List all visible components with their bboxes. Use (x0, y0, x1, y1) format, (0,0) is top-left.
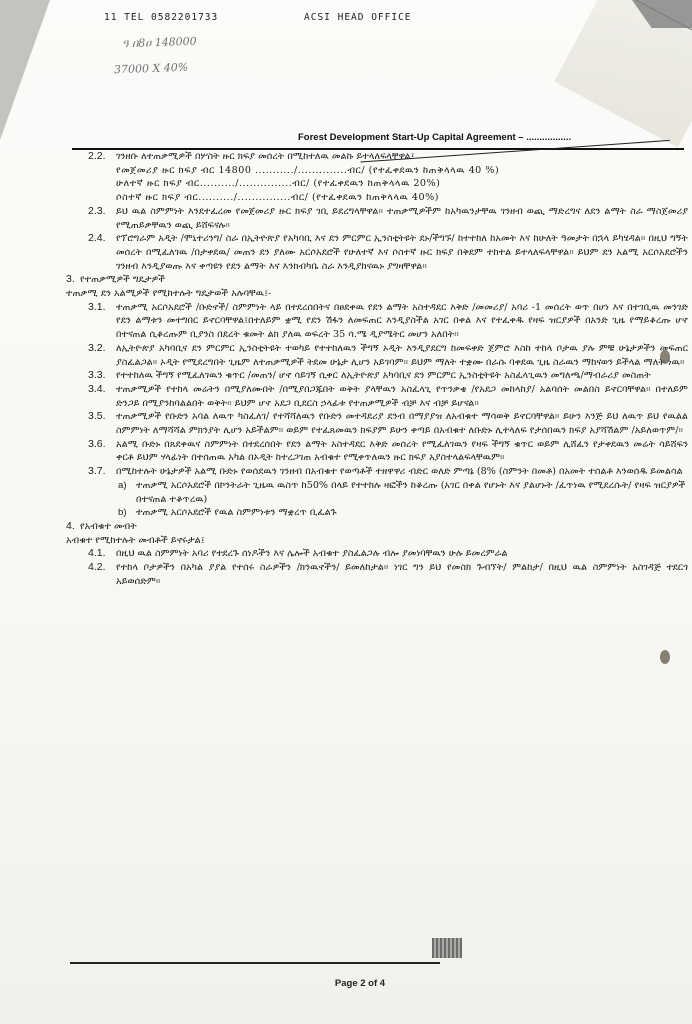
clause: 2.2.ገንዘቡ ለተጠቃሚዎች በሦስት ዙር ክፍያ መሰረት በሚከተለዉ… (88, 150, 688, 164)
clause: ሶስተኛ ዙር ክፍያ ብር........../...............… (88, 191, 688, 205)
clause-number: 3.2. (88, 342, 106, 356)
clause-text: ለኢትዮጵያ አካባቢና ደን ምርምር ኢንስቲትዩት ተወካይ የተተከለዉ… (88, 342, 688, 369)
clause-text: የተተከለዉ ችግኝ የሚፈለገዉን ቁጥር /መጠን/ ሆኖ ሳይገኝ ሲቀር… (88, 369, 688, 383)
clause: 4.2.የተከላ ቦታዎችን በአካል ያያል የተሰሩ ስራዎችን /ክንዉኖ… (88, 561, 688, 588)
stamp-mark (432, 938, 462, 958)
clause-text: በዚህ ዉል ስምምነት አባሪ የተደረጉ ሰነዶችን እና ሌሎች አብቁተ… (88, 547, 688, 561)
clause-text: በሚከተሉት ሁኔታዎች አልሚ ቡድኑ የወሰደዉን ገንዘብ በአብቁተ የ… (88, 465, 688, 479)
clause-text: አልሚ ቡድኑ በጸደቀዉና ስምምነት በተደረሰበት የደን ልማት አስተ… (88, 438, 688, 465)
clause-number: 2.2. (88, 150, 106, 164)
footer-divider (70, 962, 440, 964)
clause: 3.4.ተጠቃሚዎች የተከላ መሬትን በሚያለሙበት /በሚያበጋጁበት ወ… (88, 383, 688, 410)
clause-text: የመጀመሪያ ዙር ክፍያ ብር 14800 .........../.....… (88, 164, 688, 178)
clause: 3.2.ለኢትዮጵያ አካባቢና ደን ምርምር ኢንስቲትዩት ተወካይ የተ… (88, 342, 688, 369)
clause: 2.3.ይህ ዉል ስምምነት እንደተፈረመ የመጀመሪያ ዙር ክፍያ ገቢ… (88, 205, 688, 232)
clause-number: 2.3. (88, 205, 106, 219)
clause-number: 4. (66, 520, 75, 534)
clause-text: ተጠቃሚ አርሶአደሮች የዉል ስምምነቱን ማቋረጥ ቢፈልጉ (136, 506, 688, 520)
clause-number: b) (118, 506, 127, 520)
clause: 2.4.የፕሮግራም አዲት /ሞኒተሪንግ/ ስራ በኢትዮጵያ የአካባቢ … (88, 232, 688, 273)
clause-text: ገንዘቡ ለተጠቃሚዎች በሦስት ዙር ክፍያ መሰረት በሚከተለዉ መልኩ… (88, 150, 688, 164)
fax-header: 11 TEL 0582201733 ACSI HEAD OFFICE (104, 12, 652, 28)
clause-number: 3.5. (88, 410, 106, 424)
clause-number: 2.4. (88, 232, 106, 246)
clause-text: ተጠቃሚዎች የቡድን አባል ለዉጥ ካስፈለገ/ የተሻሻለዉን የቡድን … (88, 410, 688, 437)
clause: 4.1.በዚህ ዉል ስምምነት አባሪ የተደረጉ ሰነዶችን እና ሌሎች … (88, 547, 688, 561)
clause-text: ሶስተኛ ዙር ክፍያ ብር........../...............… (88, 191, 688, 205)
clause-text: ተጠቃሚ አርሶአደሮች በኮንትራት ጊዜዉ ዉስጥ ከ50% በላይ የተተ… (136, 479, 688, 506)
clause: 3.የተጠቃሚዎች ግዴታዎች (88, 273, 688, 287)
clause-text: ተጠቃሚዎች የተከላ መሬትን በሚያለሙበት /በሚያበጋጁበት ወቅት ያ… (88, 383, 688, 410)
clause: አብቁተ የሚከተሉት መብቶች ይኖሩታል፤ (88, 534, 688, 548)
clause: 3.1.ተጠቃሚ አርሶአደሮች /ቡድኖች/ ስምምነት ላይ በተደረሰበት… (88, 301, 688, 342)
clause-number: 3.4. (88, 383, 106, 397)
clause-number: a) (118, 479, 127, 493)
fax-office: ACSI HEAD OFFICE (304, 12, 412, 23)
clause: b)ተጠቃሚ አርሶአደሮች የዉል ስምምነቱን ማቋረጥ ቢፈልጉ (88, 506, 688, 520)
clause-text: የአብቁተ መብት (80, 520, 688, 534)
clause: a)ተጠቃሚ አርሶአደሮች በኮንትራት ጊዜዉ ዉስጥ ከ50% በላይ የ… (88, 479, 688, 506)
clause-number: 3.3. (88, 369, 106, 383)
clause-number: 4.2. (88, 561, 106, 575)
clause-number: 4.1. (88, 547, 106, 561)
clause-text: ተጠቃሚ ደን አልሚዎች የሚከተሉት ግዴታወች አሉባቸዉ፤- (66, 287, 688, 301)
clause-number: 3. (66, 273, 75, 287)
clause-number: 3.7. (88, 465, 106, 479)
punch-hole-mark (660, 350, 670, 364)
document-page: 11 TEL 0582201733 ACSI HEAD OFFICE ዓ በ8ዐ… (0, 0, 692, 1024)
clause-text: ይህ ዉል ስምምነት እንደተፈረመ የመጀመሪያ ዙር ክፍያ ገቢ ይደረ… (88, 205, 688, 232)
punch-hole-mark (660, 650, 670, 664)
clause-number: 3.6. (88, 438, 106, 452)
clause-text: የተከላ ቦታዎችን በአካል ያያል የተሰሩ ስራዎችን /ክንዉኖችን/ … (88, 561, 688, 588)
clause: 3.5.ተጠቃሚዎች የቡድን አባል ለዉጥ ካስፈለገ/ የተሻሻለዉን የ… (88, 410, 688, 437)
clause: 3.6.አልሚ ቡድኑ በጸደቀዉና ስምምነት በተደረሰበት የደን ልማት… (88, 438, 688, 465)
handwritten-note: ዓ በ8ዐ 148000 (122, 35, 197, 52)
clause-text: የፕሮግራም አዲት /ሞኒተሪንግ/ ስራ በኢትዮጵያ የአካባቢ እና ደ… (88, 232, 688, 273)
clause: ሁለተኛ ዙር ክፍያ ብር........../...............… (88, 177, 688, 191)
fax-telephone: 11 TEL 0582201733 (104, 12, 218, 23)
page-number: Page 2 of 4 (300, 978, 420, 989)
clause: 4.የአብቁተ መብት (88, 520, 688, 534)
clause-text: አብቁተ የሚከተሉት መብቶች ይኖሩታል፤ (66, 534, 688, 548)
clause: የመጀመሪያ ዙር ክፍያ ብር 14800 .........../.....… (88, 164, 688, 178)
clause-number: 3.1. (88, 301, 106, 315)
clause: ተጠቃሚ ደን አልሚዎች የሚከተሉት ግዴታወች አሉባቸዉ፤- (88, 287, 688, 301)
clause-text: ተጠቃሚ አርሶአደሮች /ቡድኖች/ ስምምነት ላይ በተደረሰበትና በፀ… (88, 301, 688, 342)
handwritten-note: 37000 X 40% (114, 61, 189, 77)
clause-text: ሁለተኛ ዙር ክፍያ ብር........../...............… (88, 177, 688, 191)
agreement-body: 2.2.ገንዘቡ ለተጠቃሚዎች በሦስት ዙር ክፍያ መሰረት በሚከተለዉ… (88, 150, 688, 589)
scan-shadow-corner (0, 0, 50, 140)
clause: 3.3.የተተከለዉ ችግኝ የሚፈለገዉን ቁጥር /መጠን/ ሆኖ ሳይገኝ… (88, 369, 688, 383)
clause-text: የተጠቃሚዎች ግዴታዎች (80, 273, 688, 287)
clause: 3.7.በሚከተሉት ሁኔታዎች አልሚ ቡድኑ የወሰደዉን ገንዘብ በአብ… (88, 465, 688, 479)
